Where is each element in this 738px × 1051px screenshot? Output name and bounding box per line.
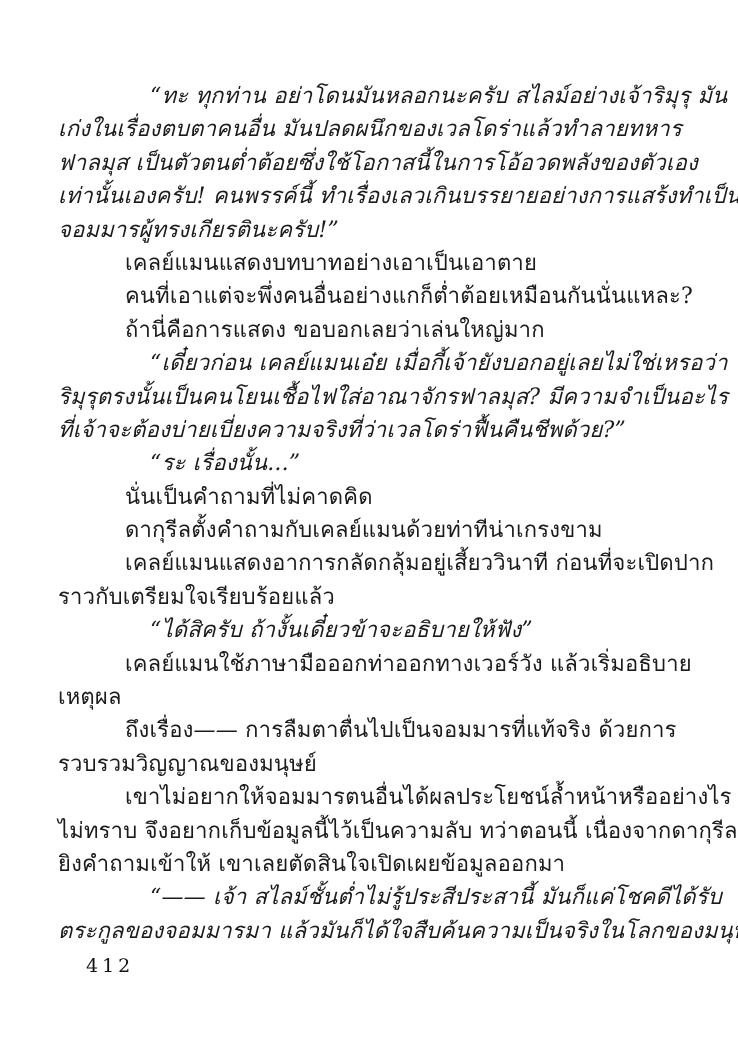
- dialogue-line: ริมุรุตรงนั้นเป็นคนโยนเชื้อไฟใส่อาณาจักร…: [58, 381, 706, 414]
- narration-line: เขาไม่อยากให้จอมมารตนอื่นได้ผลประโยชน์ล้…: [58, 781, 706, 814]
- page-text: “ทะ ทุกท่าน อย่าโดนมันหลอกนะครับ สไลม์อย…: [58, 80, 706, 948]
- narration-line: ถึงเรื่อง—— การลืมตาตื่นไปเป็นจอมมารที่แ…: [58, 714, 706, 747]
- dialogue-line: “เดี๋ยวก่อน เคลย์แมนเอ๋ย เมื่อกี้เจ้ายัง…: [58, 347, 706, 380]
- dialogue-line: ที่เจ้าจะต้องบ่ายเบี่ยงความจริงที่ว่าเวล…: [58, 414, 706, 447]
- dialogue-line: เท่านั้นเองครับ! คนพรรค์นี้ ทำเรื่องเลวเ…: [58, 180, 706, 213]
- book-page: “ทะ ทุกท่าน อย่าโดนมันหลอกนะครับ สไลม์อย…: [0, 0, 738, 1051]
- dialogue-line: ตระกูลของจอมมารมา แล้วมันก็ได้ใจสืบค้นคว…: [58, 915, 706, 948]
- narration-line: ไม่ทราบ จึงอยากเก็บข้อมูลนี้ไว้เป็นความล…: [58, 815, 706, 848]
- narration-line: รวบรวมวิญญาณของมนุษย์: [58, 748, 706, 781]
- narration-line: ดากุรีลตั้งคำถามกับเคลย์แมนด้วยท่าทีน่าเ…: [58, 514, 706, 547]
- narration-line: เคลย์แมนแสดงอาการกลัดกลุ้มอยู่เสี้ยววินา…: [58, 547, 706, 580]
- dialogue-line: “—— เจ้า สไลม์ชั้นต่ำไม่รู้ประสีประสานี้…: [58, 881, 706, 914]
- dialogue-line: “ระ เรื่องนั้น...”: [58, 447, 706, 480]
- narration-line: เหตุผล: [58, 681, 706, 714]
- dialogue-line: ฟาลมุส เป็นตัวตนต่ำต้อยซึ่งใช้โอกาสนี้ใน…: [58, 147, 706, 180]
- page-number: 412: [86, 955, 134, 977]
- narration-line: เคลย์แมนแสดงบทบาทอย่างเอาเป็นเอาตาย: [58, 247, 706, 280]
- narration-line: ราวกับเตรียมใจเรียบร้อยแล้ว: [58, 581, 706, 614]
- dialogue-line: “ได้สิครับ ถ้างั้นเดี๋ยวข้าจะอธิบายให้ฟั…: [58, 614, 706, 647]
- dialogue-line: จอมมารผู้ทรงเกียรตินะครับ!”: [58, 214, 706, 247]
- narration-line: ถ้านี่คือการแสดง ขอบอกเลยว่าเล่นใหญ่มาก: [58, 314, 706, 347]
- narration-line: เคลย์แมนใช้ภาษามือออกท่าออกทางเวอร์วัง แ…: [58, 648, 706, 681]
- narration-line: คนที่เอาแต่จะพึ่งคนอื่นอย่างแกก็ต่ำต้อยเ…: [58, 280, 706, 313]
- narration-line: ยิงคำถามเข้าให้ เขาเลยตัดสินใจเปิดเผยข้อ…: [58, 848, 706, 881]
- narration-line: นั่นเป็นคำถามที่ไม่คาดคิด: [58, 481, 706, 514]
- dialogue-line: เก่งในเรื่องตบตาคนอื่น มันปลดผนึกของเวลโ…: [58, 113, 706, 146]
- dialogue-line: “ทะ ทุกท่าน อย่าโดนมันหลอกนะครับ สไลม์อย…: [58, 80, 706, 113]
